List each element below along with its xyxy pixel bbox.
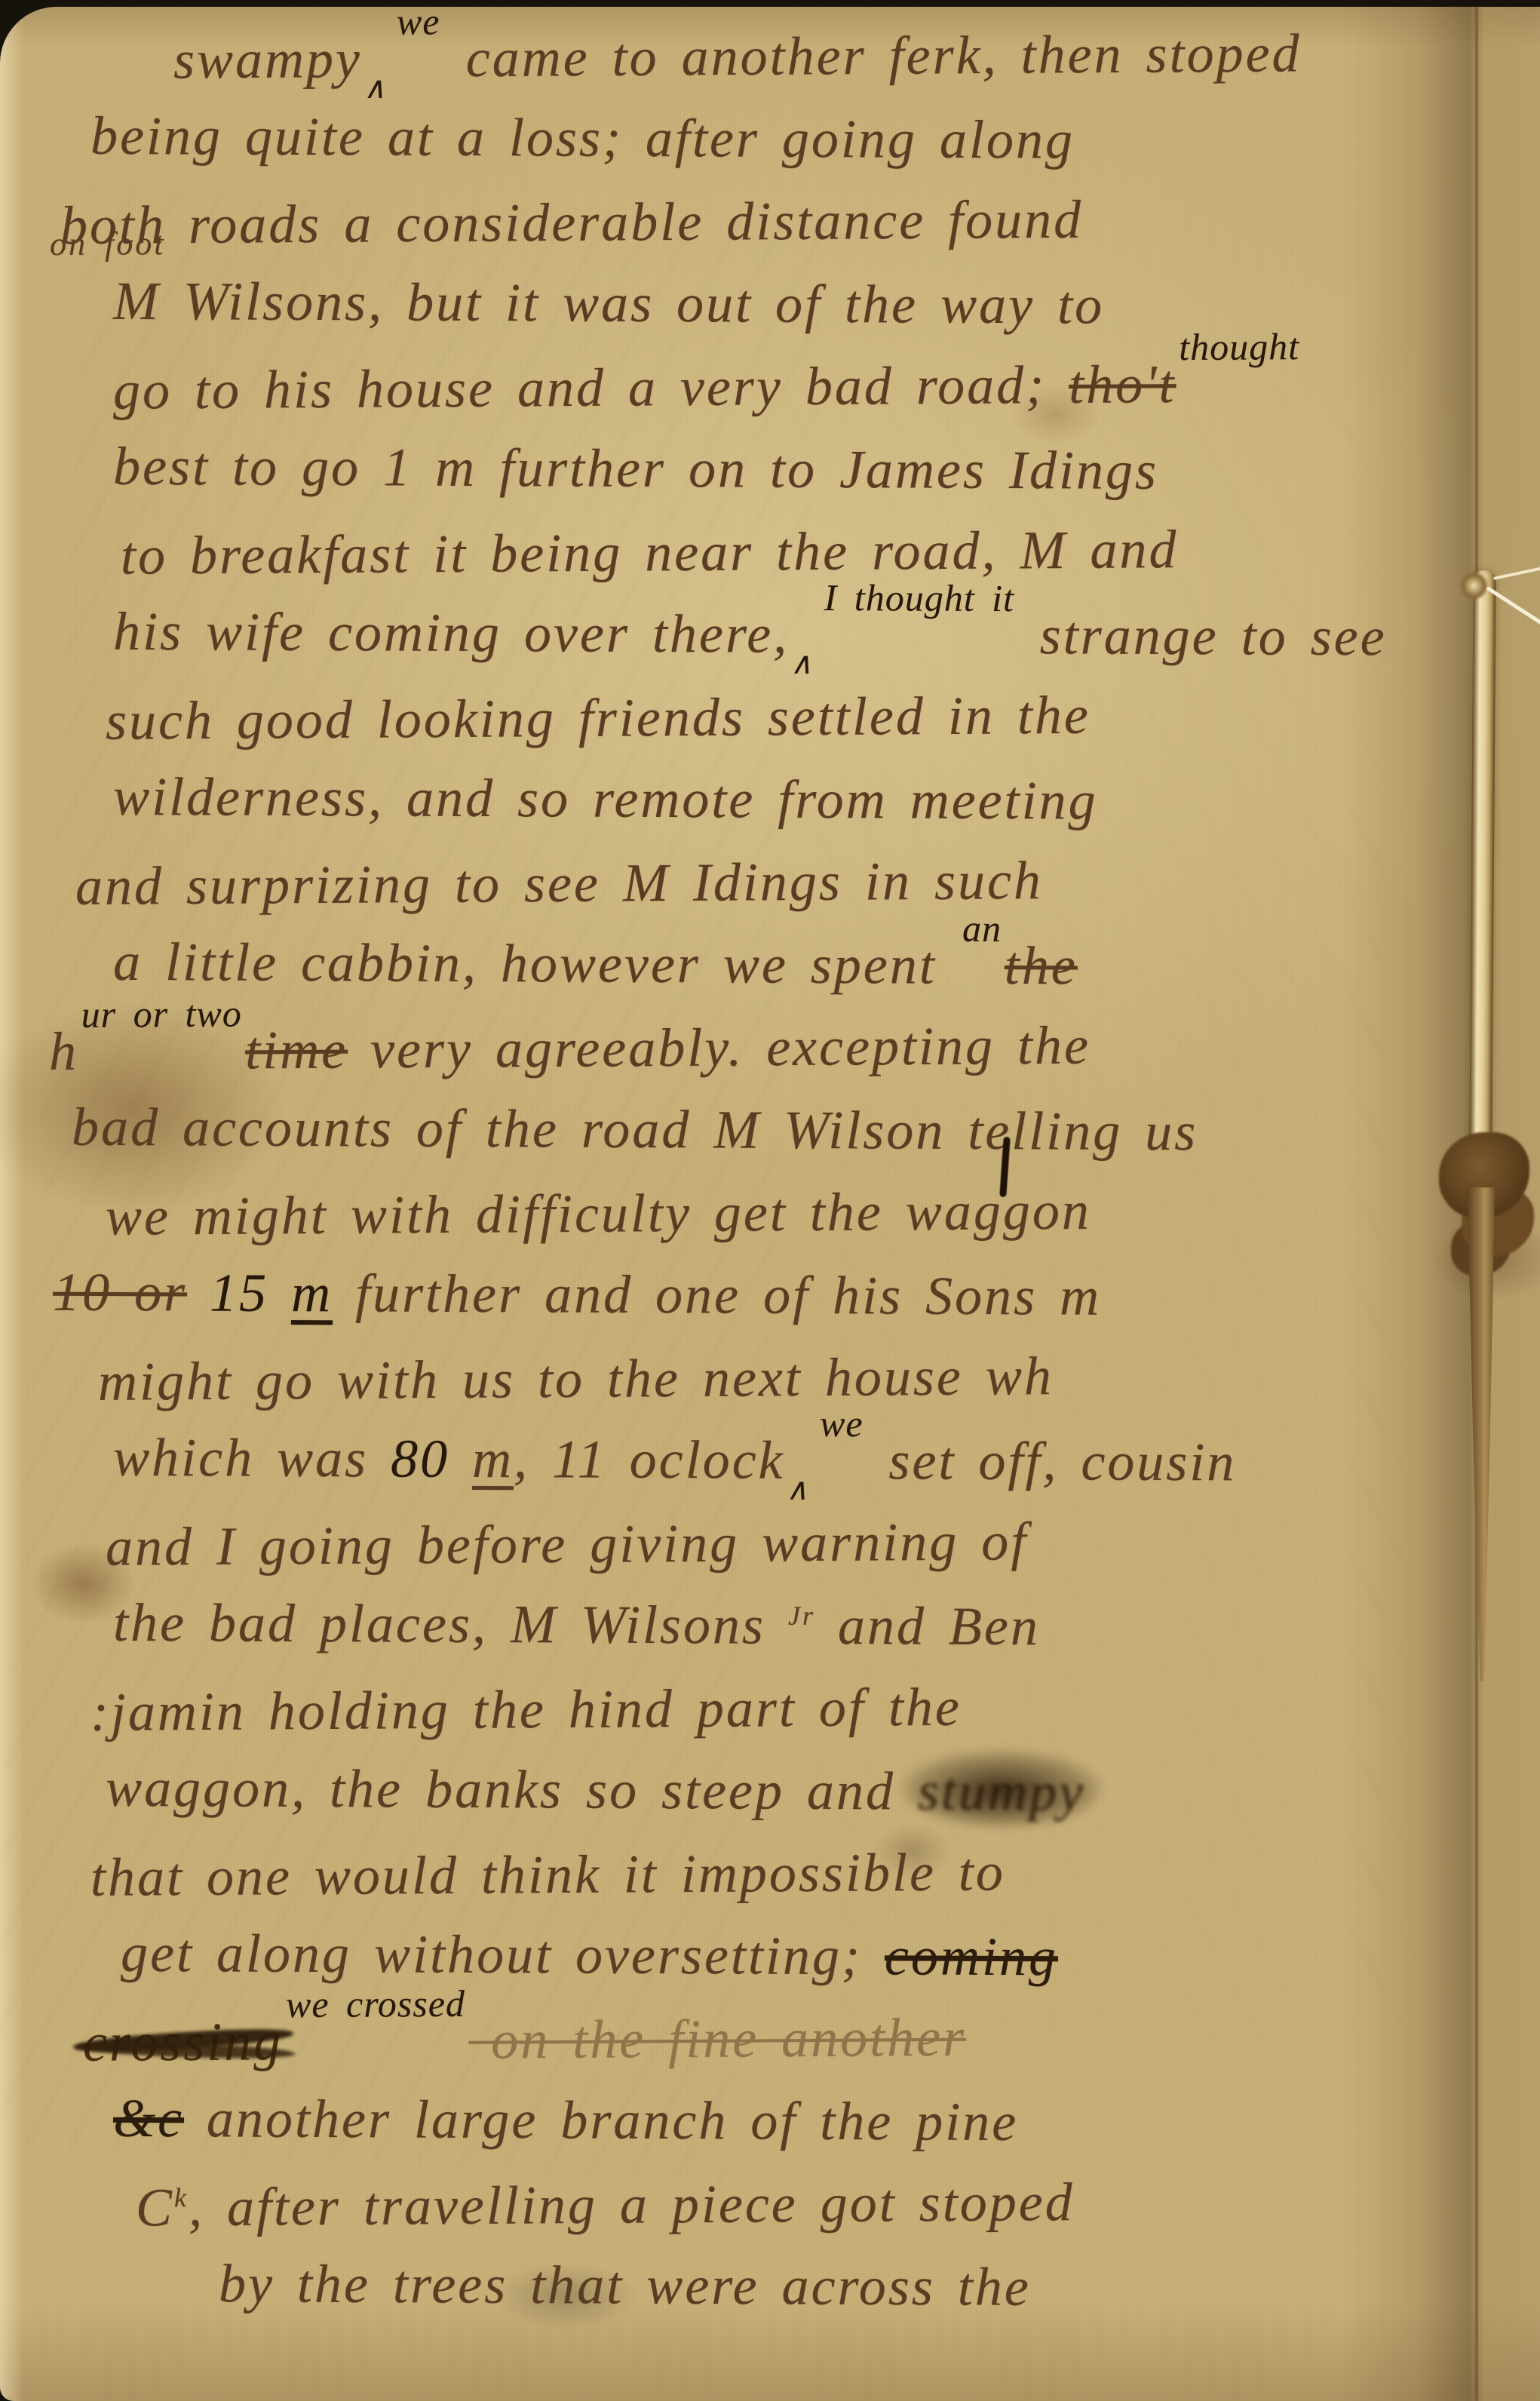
handwritten-text-base: and I going before giving warning of (106, 1511, 1029, 1577)
handwritten-text-underline-dark: m (291, 1263, 333, 1323)
handwritten-text-above: ur or two (81, 991, 242, 1036)
handwritten-text-underline: m (472, 1428, 514, 1488)
handwritten-text-base: M Wilsons, but it was out of the way to (113, 270, 1104, 335)
handwritten-text-sup: k (174, 2182, 189, 2212)
handwritten-text-above: we crossed (286, 1982, 465, 2026)
binding-thread (1469, 570, 1496, 1147)
scanner-background: { "document": { "kind": "handwritten-jou… (0, 0, 1540, 2401)
handwritten-text-strike-dark: &c (113, 2087, 184, 2148)
manuscript-line: that one would think it impossible to (90, 1838, 1540, 1929)
manuscript-line: on footboth roads a considerable distanc… (60, 186, 1540, 277)
manuscript-line: :jamin holding the hind part of the (90, 1672, 1540, 1764)
manuscript-line: the bad places, M Wilsons Jr and Ben (113, 1591, 1540, 1680)
handwritten-text-above: we (397, 0, 440, 44)
handwritten-text-base: which was (113, 1426, 391, 1488)
handwritten-text-above-left: on foot (50, 224, 166, 263)
manuscript-line: swampy∧we came to another ferk, then sto… (173, 20, 1540, 112)
handwritten-text-strike-faint: on the fine another (468, 2007, 966, 2071)
handwritten-text-caret: ∧ (364, 70, 388, 106)
handwritten-text-base: being quite at a loss; after going along (90, 105, 1075, 170)
handwritten-text-base: best to go 1 m further on to James Iding… (113, 435, 1158, 500)
handwritten-text-base: such good looking friends settled in the (106, 685, 1091, 751)
handwritten-text-above: thought (1179, 324, 1299, 369)
handwritten-text-blot: stumpy (918, 1760, 1085, 1823)
handwritten-text-above: I thought it (824, 575, 1014, 619)
handwritten-text-base: :jamin holding the hind part of the (90, 1677, 962, 1742)
handwritten-text-base: came to another ferk, then stoped (443, 23, 1302, 88)
manuscript-line: go to his house and a very bad road; tho… (113, 351, 1540, 442)
handwritten-text-sup: Jr (788, 1600, 815, 1630)
manuscript-line: might go with us to the next house wh (98, 1342, 1540, 1433)
handwritten-text-base: and surprizing to see M Idings in such (75, 850, 1043, 916)
manuscript-line: hur or twotime very agreeably. excepting… (49, 1012, 1540, 1104)
handwritten-text-caret: ∧ (786, 1471, 810, 1506)
manuscript-line: and I going before giving warning of (106, 1507, 1540, 1598)
handwritten-text-base: swampy (173, 29, 362, 91)
handwritten-text-base: we might with difficulty get the waggon (106, 1181, 1091, 1247)
handwritten-text-base: another large branch of the pine (184, 2088, 1019, 2152)
handwritten-text-base: go to his house and a very bad road; (113, 355, 1069, 421)
handwritten-text-base: might go with us to the next house wh (98, 1346, 1054, 1412)
handwritten-text-base: by the trees that were across the (219, 2253, 1031, 2317)
manuscript-line: M Wilsons, but it was out of the way to (113, 269, 1540, 358)
handwritten-text-base: his wife coming over there, (113, 600, 790, 664)
handwritten-text-base: , 11 oclock (514, 1429, 785, 1491)
manuscript-line: wilderness, and so remote from meeting (113, 765, 1540, 854)
handwritten-text-base: set off, cousin (866, 1430, 1236, 1492)
handwritten-text-caret: ∧ (790, 645, 814, 680)
manuscript-line: waggon, the banks so steep and stumpy (106, 1756, 1540, 1845)
handwritten-text-base: C (136, 2177, 175, 2237)
manuscript-line: and surprizing to see M Idings in such (75, 846, 1540, 938)
manuscript-line: 10 or 15 m further and one of his Sons m (53, 1260, 1540, 1349)
handwritten-text-base: the bad places, M Wilsons (113, 1592, 788, 1655)
handwritten-text-base: h (49, 1021, 78, 1082)
handwritten-text-base: waggon, the banks so steep and (106, 1757, 918, 1821)
handwritten-text-dark: 15 (187, 1262, 291, 1323)
handwritten-text-strike: time (245, 1020, 348, 1081)
handwritten-text-above: an (962, 906, 1002, 950)
manuscript-line: which was 80 m, 11 oclock∧we set off, co… (113, 1426, 1540, 1515)
handwritten-text-strike-dark: coming (885, 1926, 1058, 1987)
handwritten-text-strike: 10 or (53, 1261, 187, 1322)
manuscript-line: such good looking friends settled in the (106, 681, 1540, 772)
manuscript-line: bad accounts of the road M Wilson tellin… (72, 1095, 1540, 1184)
manuscript-line: by the trees that were across the (219, 2252, 1540, 2341)
handwritten-text-strike: the (1005, 935, 1078, 996)
handwritten-text-base: bad accounts of the road M Wilson tellin… (72, 1096, 1198, 1162)
handwritten-text-base: get along without oversetting; (121, 1922, 885, 1985)
handwritten-text-dark: 80 (391, 1428, 472, 1488)
handwritten-text-base: strange to see (1017, 605, 1387, 667)
manuscript-lines: swampy∧we came to another ferk, then sto… (0, 25, 1540, 2338)
handwritten-text-above: we (820, 1401, 864, 1445)
manuscript-line: his wife coming over there,∧I thought it… (113, 600, 1540, 689)
manuscript-line: we might with difficulty get the waggon (106, 1177, 1540, 1268)
handwritten-text-base: , after travelling a piece got stoped (189, 2172, 1075, 2237)
manuscript-line: best to go 1 m further on to James Iding… (113, 434, 1540, 523)
handwritten-text-base: a little cabbin, however we spent (113, 931, 959, 995)
handwritten-text-base: and Ben (815, 1595, 1040, 1656)
handwritten-text-base: both roads a considerable distance found (60, 189, 1084, 256)
handwritten-text-base: further and one of his Sons m (333, 1263, 1101, 1326)
manuscript-page: swampy∧we came to another ferk, then sto… (0, 7, 1540, 2401)
manuscript-line: crossingwe crossed on the fine another (83, 2003, 1540, 2094)
manuscript-line: a little cabbin, however we spent anthe (113, 930, 1540, 1019)
handwritten-text-base: wilderness, and so remote from meeting (113, 766, 1098, 831)
manuscript-line: being quite at a loss; after going along (90, 104, 1540, 193)
handwritten-text-base: to breakfast it being near the road, M a… (121, 519, 1179, 586)
manuscript-line: Ck, after travelling a piece got stoped (136, 2168, 1540, 2259)
handwritten-text-base: that one would think it impossible to (90, 1841, 1005, 1907)
manuscript-line: &c another large branch of the pine (113, 2086, 1540, 2175)
handwritten-text-scribble: crossing (83, 2010, 284, 2074)
handwritten-text-strike: tho't (1069, 354, 1176, 415)
handwritten-text-base: very agreeably. excepting the (348, 1015, 1091, 1080)
